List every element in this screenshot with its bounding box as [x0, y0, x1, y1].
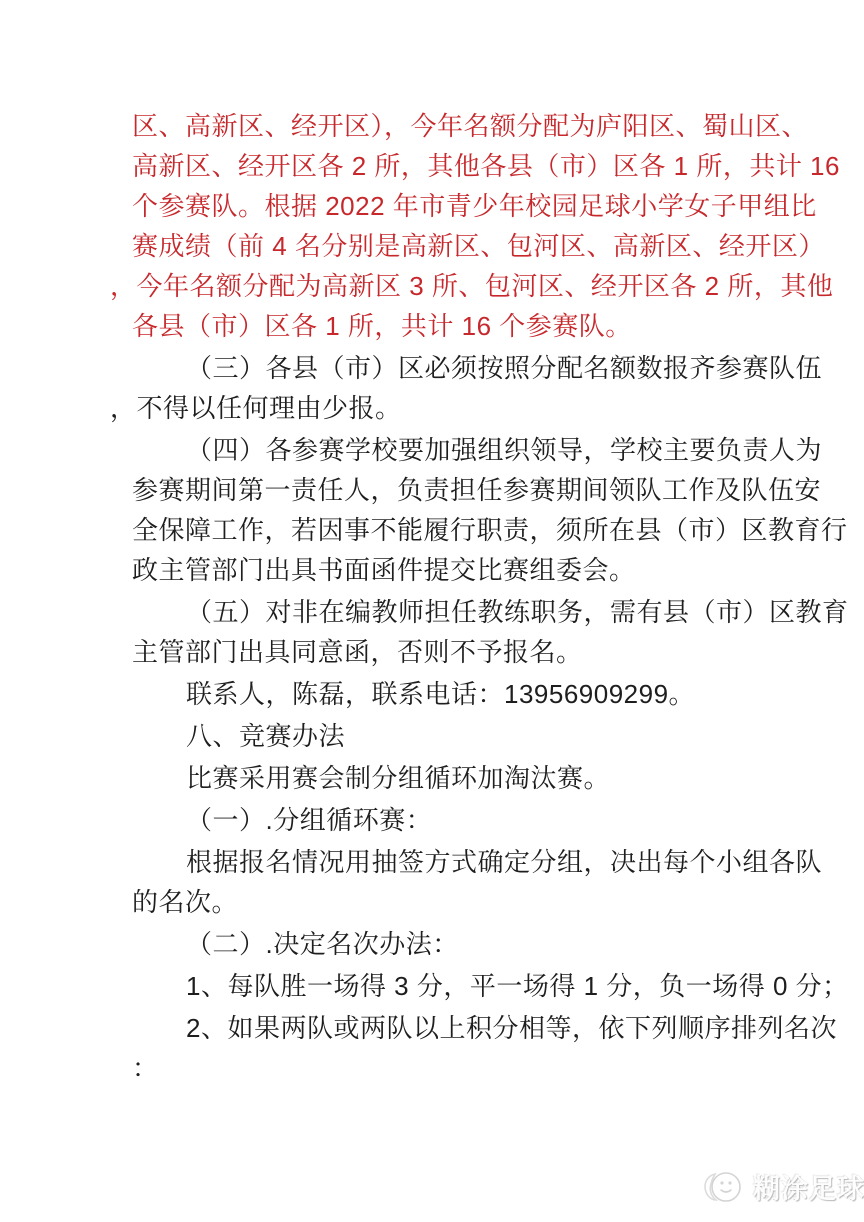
text-line: （一）.分组循环赛： [132, 800, 744, 840]
text-line: ： [132, 1048, 744, 1088]
red-text-line: 区、高新区、经开区），今年名额分配为庐阳区、蜀山区、 [132, 106, 744, 146]
text-line: 比赛采用赛会制分组循环加淘汰赛。 [132, 758, 744, 798]
smiley-ball-icon [701, 1166, 745, 1206]
text-line: 参赛期间第一责任人，负责担任参赛期间领队工作及队伍安 [132, 470, 744, 510]
red-text-line: ，今年名额分配为高新区 3 所、包河区、经开区各 2 所，其他 [110, 266, 744, 306]
red-text-line: 各县（市）区各 1 所，共计 16 个参赛队。 [132, 306, 744, 346]
section-heading-line: 八、竞赛办法 [132, 716, 744, 756]
text-line: （二）.决定名次办法： [132, 924, 744, 964]
text-line: 全保障工作，若因事不能履行职责，须所在县（市）区教育行 [132, 510, 744, 550]
text-line: 根据报名情况用抽签方式确定分组，决出每个小组各队 [132, 842, 744, 882]
text-line: 主管部门出具同意函，否则不予报名。 [132, 632, 744, 672]
watermark-label: 糊涂足球 [753, 1167, 864, 1206]
red-text-line: 赛成绩（前 4 名分别是高新区、包河区、高新区、经开区） [132, 226, 744, 266]
text-line: 1、每队胜一场得 3 分，平一场得 1 分，负一场得 0 分； [132, 966, 744, 1006]
red-text-line: 个参赛队。根据 2022 年市青少年校园足球小学女子甲组比 [132, 186, 744, 226]
text-line: （三）各县（市）区必须按照分配名额数报齐参赛队伍 [132, 348, 744, 388]
document-page: 区、高新区、经开区），今年名额分配为庐阳区、蜀山区、 高新区、经开区各 2 所，… [0, 0, 864, 1222]
document-text: 区、高新区、经开区），今年名额分配为庐阳区、蜀山区、 高新区、经开区各 2 所，… [132, 106, 744, 1088]
text-line: 2、如果两队或两队以上积分相等，依下列顺序排列名次 [132, 1008, 744, 1048]
text-line: （五）对非在编教师担任教练职务，需有县（市）区教育 [132, 592, 744, 632]
text-line: 政主管部门出具书面函件提交比赛组委会。 [132, 550, 744, 590]
text-line: （四）各参赛学校要加强组织领导，学校主要负责人为 [132, 430, 744, 470]
red-text-line: 高新区、经开区各 2 所，其他各县（市）区各 1 所，共计 16 [132, 146, 744, 186]
contact-line: 联系人，陈磊，联系电话：13956909299。 [132, 674, 744, 714]
text-line: ，不得以任何理由少报。 [110, 388, 744, 428]
text-line: 的名次。 [132, 882, 744, 922]
watermark: 糊涂足球 [701, 1166, 864, 1206]
